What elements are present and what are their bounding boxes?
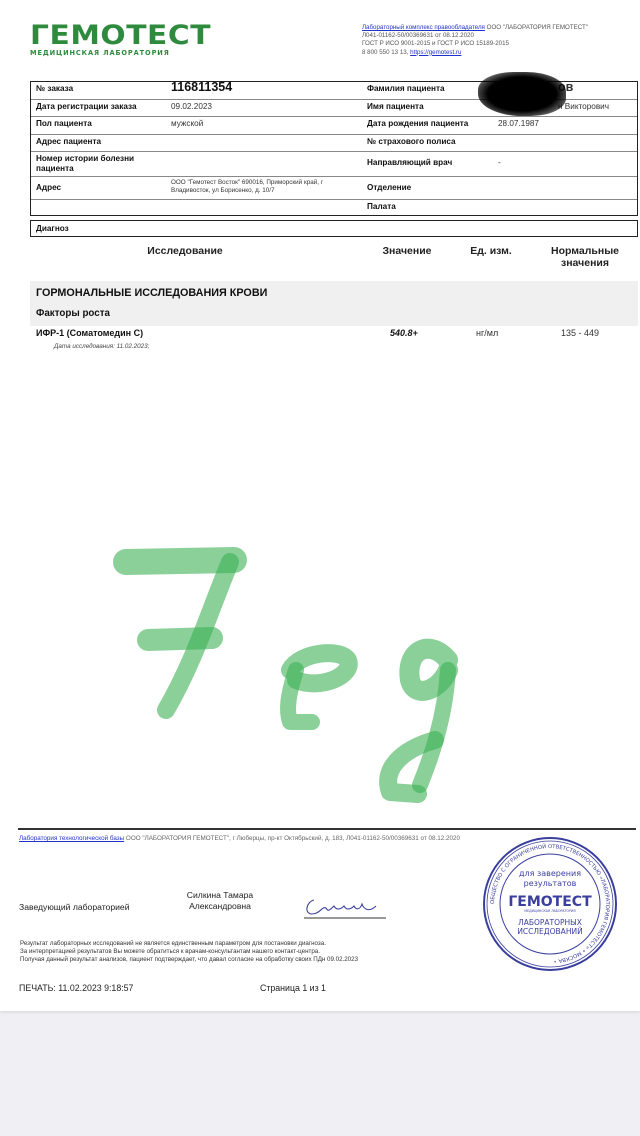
section-hormonal-tests: ГОРМОНАЛЬНЫЕ ИССЛЕДОВАНИЯ КРОВИ Факторы … (30, 281, 638, 326)
patient-dob: 28.07.1987 (496, 117, 637, 134)
lab-address: ООО "Гемотест Восток" 690016, Приморский… (166, 177, 361, 199)
patient-sex: мужской (166, 117, 361, 134)
department (496, 177, 637, 199)
lab-head-name: Силкина Тамара Александровна (160, 890, 280, 912)
svg-text:ГЕМОТЕСТ: ГЕМОТЕСТ (508, 894, 592, 910)
tech-base-info: Лаборатория технологической базы ООО "ЛА… (19, 835, 489, 843)
subsection-title: Факторы роста (36, 308, 110, 319)
page-number: Страница 1 из 1 (260, 983, 326, 993)
footer-divider (18, 828, 636, 830)
column-header-unit: Ед. изм. (458, 245, 524, 257)
diagnosis-row: Диагноз (30, 220, 638, 237)
svg-text:результатов: результатов (524, 879, 577, 888)
svg-text:для заверения: для заверения (519, 869, 581, 878)
test-normal-range: 135 - 449 (561, 328, 599, 338)
medical-history-number (166, 152, 361, 176)
ward (496, 200, 637, 215)
disclaimer: Результат лабораторных исследований не я… (20, 940, 460, 963)
svg-text:МЕДИЦИНСКАЯ ЛАБОРАТОРИЯ: МЕДИЦИНСКАЯ ЛАБОРАТОРИЯ (524, 909, 575, 913)
gemotest-logo: ГЕМОТЕСТ МЕДИЦИНСКАЯ ЛАБОРАТОРИЯ (30, 24, 195, 57)
website-link[interactable]: https://gemotest.ru (410, 49, 461, 56)
order-number: 116811354 (166, 82, 361, 99)
test-name: ИФР-1 (Соматомедин С) (36, 328, 143, 338)
patient-address (166, 135, 361, 151)
redaction-scribble (478, 72, 566, 116)
lab-license-info: Лабораторный комплекс правообладателя ОО… (362, 24, 637, 57)
logo-wordmark: ГЕМОТЕСТ (30, 24, 211, 48)
document-page: ГЕМОТЕСТ МЕДИЦИНСКАЯ ЛАБОРАТОРИЯ Лаборат… (0, 0, 640, 1011)
registration-date: 09.02.2023 (166, 100, 361, 116)
section-title: ГОРМОНАЛЬНЫЕ ИССЛЕДОВАНИЯ КРОВИ (36, 287, 267, 299)
column-header-normal: Нормальные значения (540, 245, 630, 269)
lab-head-title: Заведующий лабораторией (19, 902, 130, 912)
svg-text:ИССЛЕДОВАНИЙ: ИССЛЕДОВАНИЙ (517, 927, 582, 936)
handwritten-annotation (100, 530, 480, 820)
lab-stamp: ОБЩЕСТВО С ОГРАНИЧЕННОЙ ОТВЕТСТВЕННОСТЬЮ… (480, 834, 620, 974)
signature (300, 892, 390, 924)
test-unit: нг/мл (476, 328, 498, 338)
lab-complex-link[interactable]: Лабораторный комплекс правообладателя (362, 24, 485, 31)
print-timestamp: ПЕЧАТЬ: 11.02.2023 9:18:57 (19, 983, 133, 993)
insurance-policy (496, 135, 637, 151)
column-header-test: Исследование (120, 245, 250, 257)
column-header-value: Значение (372, 245, 442, 257)
svg-text:ЛАБОРАТОРНЫХ: ЛАБОРАТОРНЫХ (518, 918, 582, 927)
test-date: Дата исследования: 11.02.2023; (54, 343, 149, 350)
tech-base-link[interactable]: Лаборатория технологической базы (19, 835, 124, 842)
referring-doctor: - (496, 152, 637, 176)
test-value: 540.8+ (390, 328, 418, 338)
